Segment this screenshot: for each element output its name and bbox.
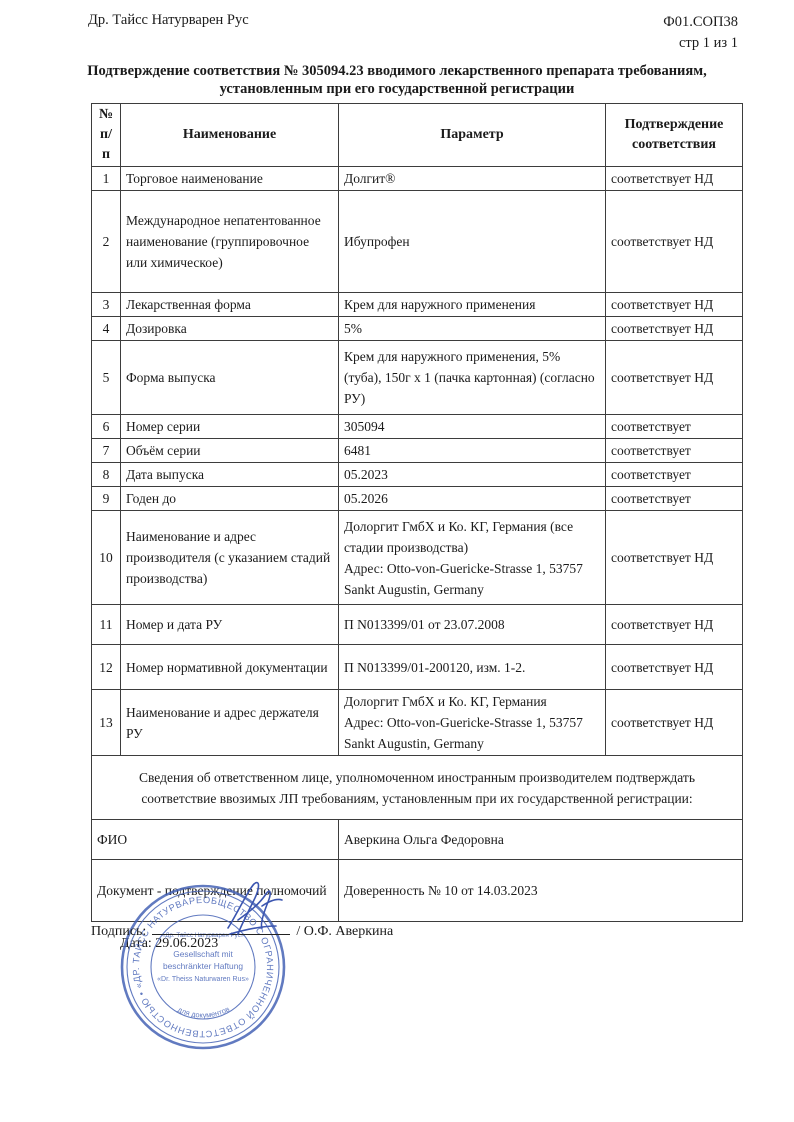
cell-conf: соответствует НД [606,690,743,756]
conformity-table: № п/п Наименование Параметр Подтверждени… [91,103,743,922]
table-row: 7 Объём серии 6481 соответствует [92,439,743,463]
cell-name: Международное непатентованное наименован… [121,191,339,293]
stamp-bottom-text: для документов [176,1004,231,1019]
table-row: 8 Дата выпуска 05.2023 соответствует [92,463,743,487]
cell-conf: соответствует НД [606,511,743,605]
table-row: 10 Наименование и адрес производителя (с… [92,511,743,605]
signature-row: Подпись: / О.Ф. Аверкина [91,920,393,940]
cell-num: 2 [92,191,121,293]
table-row: 2 Международное непатентованное наименов… [92,191,743,293]
cell-num: 1 [92,167,121,191]
cell-conf: соответствует [606,487,743,511]
table-row: 5 Форма выпуска Крем для наружного приме… [92,341,743,415]
cell-param: Ибупрофен [339,191,606,293]
cell-name: Торговое наименование [121,167,339,191]
header-param: Параметр [339,104,606,167]
header-name: Наименование [121,104,339,167]
cell-param: 305094 [339,415,606,439]
cell-conf: соответствует НД [606,293,743,317]
cell-num: 7 [92,439,121,463]
cell-name: Номер серии [121,415,339,439]
cell-name: Наименование и адрес держателя РУ [121,690,339,756]
table-row: 12 Номер нормативной документации П N013… [92,645,743,690]
cell-conf: соответствует НД [606,341,743,415]
table-row: 1 Торговое наименование Долгит® соответс… [92,167,743,191]
cell-param: П N013399/01 от 23.07.2008 [339,605,606,645]
cell-num: 3 [92,293,121,317]
title-line-1: Подтверждение соответствия № 305094.23 в… [60,62,734,80]
cell-num: 13 [92,690,121,756]
cell-name: Объём серии [121,439,339,463]
cell-num: 5 [92,341,121,415]
cell-name: Лекарственная форма [121,293,339,317]
table-row: 11 Номер и дата РУ П N013399/01 от 23.07… [92,605,743,645]
header-conf: Подтверждение соответствия [606,104,743,167]
cell-num: 9 [92,487,121,511]
table-row: 13 Наименование и адрес держателя РУ Дол… [92,690,743,756]
stamp-center-line2: beschränkter Haftung [163,961,243,971]
page-indicator: стр 1 из 1 [663,33,738,54]
cell-param: Долгит® [339,167,606,191]
authority-doc-row: Документ - подтверждение полномочий Дове… [92,860,743,922]
cell-conf: соответствует НД [606,191,743,293]
page-header: Др. Тайсс Натурварен Рус Ф01.СОП38 стр 1… [0,0,794,54]
cell-conf: соответствует НД [606,605,743,645]
signature-line [152,920,290,935]
cell-param: Крем для наружного применения, 5% (туба)… [339,341,606,415]
header-num: № п/п [92,104,121,167]
cell-name: Годен до [121,487,339,511]
cell-conf: соответствует [606,415,743,439]
cell-conf: соответствует [606,463,743,487]
cell-num: 6 [92,415,121,439]
cell-param: 5% [339,317,606,341]
cell-param: 05.2026 [339,487,606,511]
document-page: Др. Тайсс Натурварен Рус Ф01.СОП38 стр 1… [0,0,794,1122]
table-header-row: № п/п Наименование Параметр Подтверждени… [92,104,743,167]
authority-doc-value: Доверенность № 10 от 14.03.2023 [339,860,743,922]
fio-label: ФИО [92,820,339,860]
document-title: Подтверждение соответствия № 305094.23 в… [60,62,734,98]
cell-name: Дозировка [121,317,339,341]
table-row: 6 Номер серии 305094 соответствует [92,415,743,439]
signature-name: / О.Ф. Аверкина [296,924,393,940]
cell-num: 11 [92,605,121,645]
table-row: 4 Дозировка 5% соответствует НД [92,317,743,341]
company-name: Др. Тайсс Натурварен Рус [88,12,249,29]
cell-param: 05.2023 [339,463,606,487]
table-row: 9 Годен до 05.2026 соответствует [92,487,743,511]
form-info: Ф01.СОП38 стр 1 из 1 [663,12,738,54]
cell-name: Номер нормативной документации [121,645,339,690]
form-code: Ф01.СОП38 [663,12,738,33]
stamp-center-line3: «Dr. Theiss Naturwaren Rus» [157,976,249,983]
cell-num: 12 [92,645,121,690]
cell-num: 8 [92,463,121,487]
signature-label: Подпись: [91,924,146,940]
cell-conf: соответствует НД [606,317,743,341]
cell-param: Долоргит ГмбХ и Ко. КГ, Германия Адрес: … [339,690,606,756]
cell-conf: соответствует НД [606,645,743,690]
title-line-2: установленным при его государственной ре… [60,80,734,98]
fio-value: Аверкина Ольга Федоровна [339,820,743,860]
cell-name: Наименование и адрес производителя (с ук… [121,511,339,605]
cell-param: Долоргит ГмбХ и Ко. КГ, Германия (все ст… [339,511,606,605]
responsible-note: Сведения об ответственном лице, уполномо… [92,756,743,820]
cell-param: П N013399/01-200120, изм. 1-2. [339,645,606,690]
cell-num: 4 [92,317,121,341]
cell-param: Крем для наружного применения [339,293,606,317]
cell-conf: соответствует [606,439,743,463]
responsible-note-row: Сведения об ответственном лице, уполномо… [92,756,743,820]
authority-doc-label: Документ - подтверждение полномочий [92,860,339,922]
cell-name: Номер и дата РУ [121,605,339,645]
cell-param: 6481 [339,439,606,463]
cell-name: Форма выпуска [121,341,339,415]
cell-num: 10 [92,511,121,605]
table-row: 3 Лекарственная форма Крем для наружного… [92,293,743,317]
cell-conf: соответствует НД [606,167,743,191]
fio-row: ФИО Аверкина Ольга Федоровна [92,820,743,860]
cell-name: Дата выпуска [121,463,339,487]
